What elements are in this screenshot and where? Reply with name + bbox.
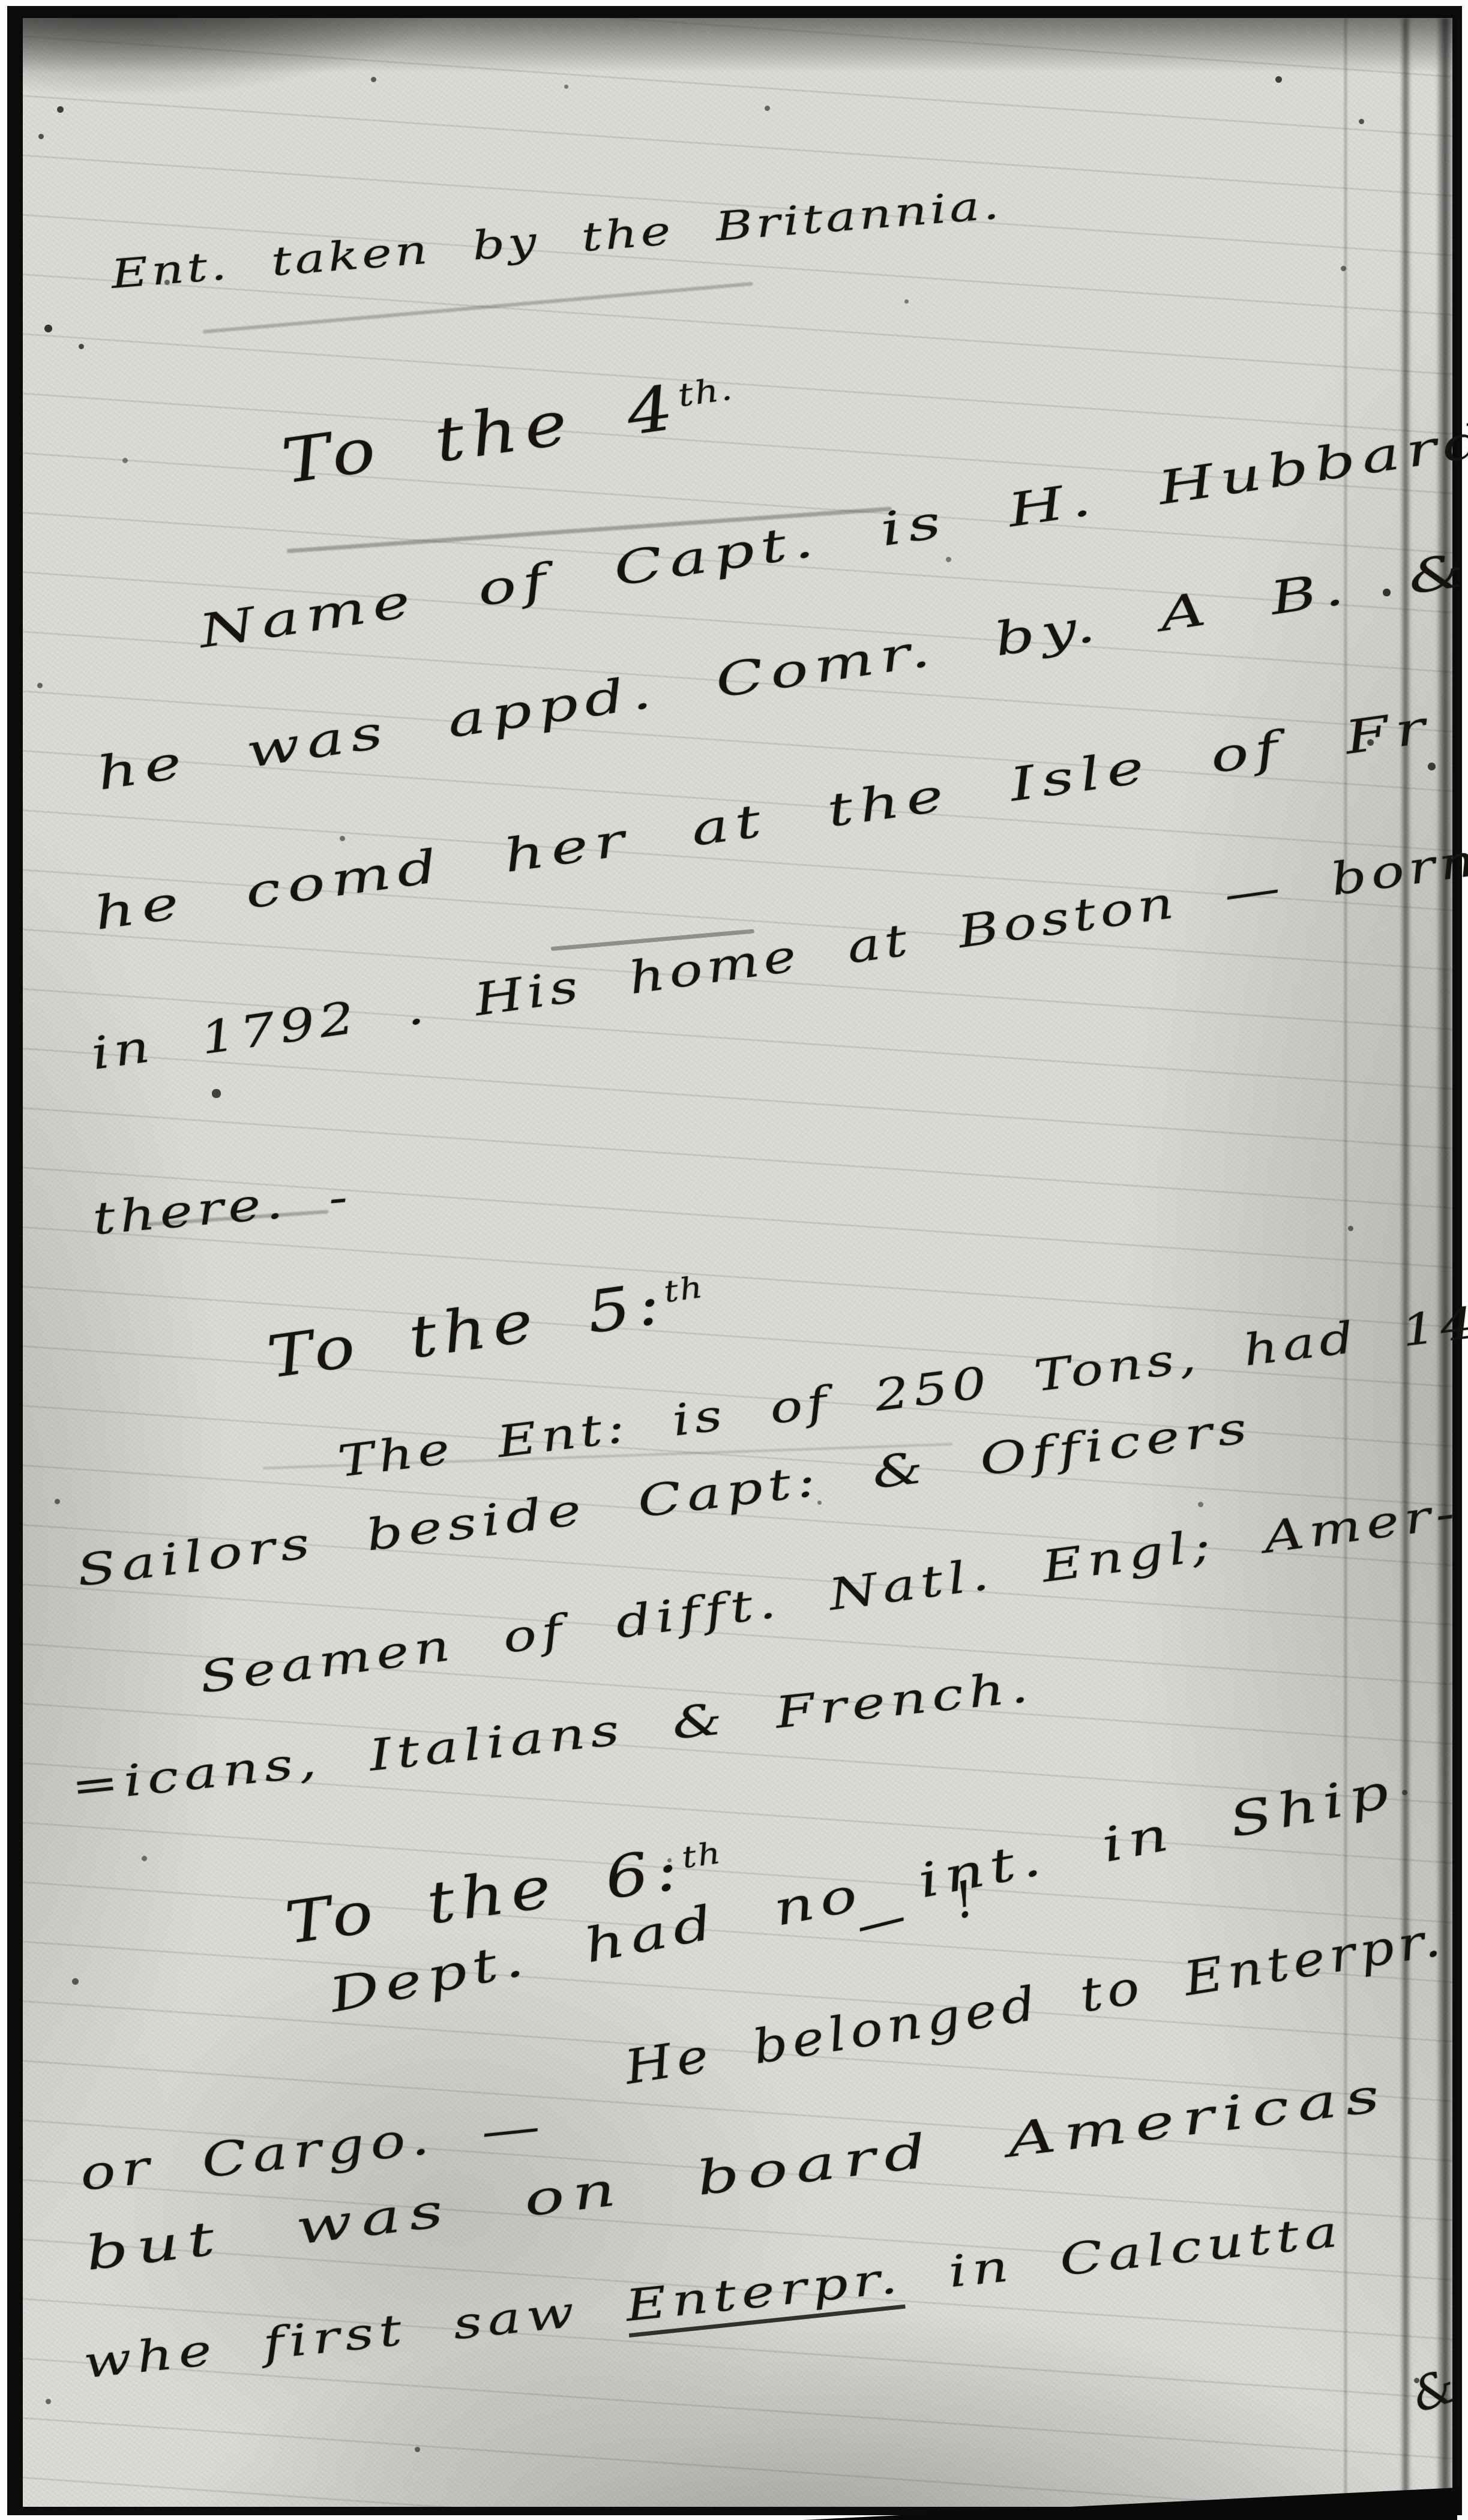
heading-ordinal-sup: th. xyxy=(676,370,736,414)
section-4-heading: To the 4th. xyxy=(278,369,739,493)
heading-ordinal-sup: th xyxy=(662,1270,706,1310)
heading-text: To the 5: xyxy=(263,1269,670,1391)
heading-text: To the 4 xyxy=(278,371,685,498)
paper-specks xyxy=(23,18,26,21)
stray-ink-stroke xyxy=(203,282,753,334)
manuscript-line: there. - xyxy=(91,1175,354,1241)
header-note-line: Ent. taken by the Britannia. xyxy=(110,185,1003,295)
binding-edge-shadow xyxy=(1436,18,1454,2507)
line-text: in Calcutta xyxy=(900,2206,1346,2302)
manuscript-paper: Ent. taken by the Britannia. To the 4th.… xyxy=(23,18,1452,2507)
scanned-page: Ent. taken by the Britannia. To the 4th.… xyxy=(0,0,1468,2520)
page-crease xyxy=(1400,18,1411,2507)
heading-ordinal-sup: th xyxy=(680,1835,724,1876)
underlined-word: Enterpr. xyxy=(623,2252,906,2338)
section-5-heading: To the 5:th xyxy=(264,1268,709,1387)
line-text: whe first saw xyxy=(81,2281,628,2387)
page-crease xyxy=(1343,18,1348,2507)
